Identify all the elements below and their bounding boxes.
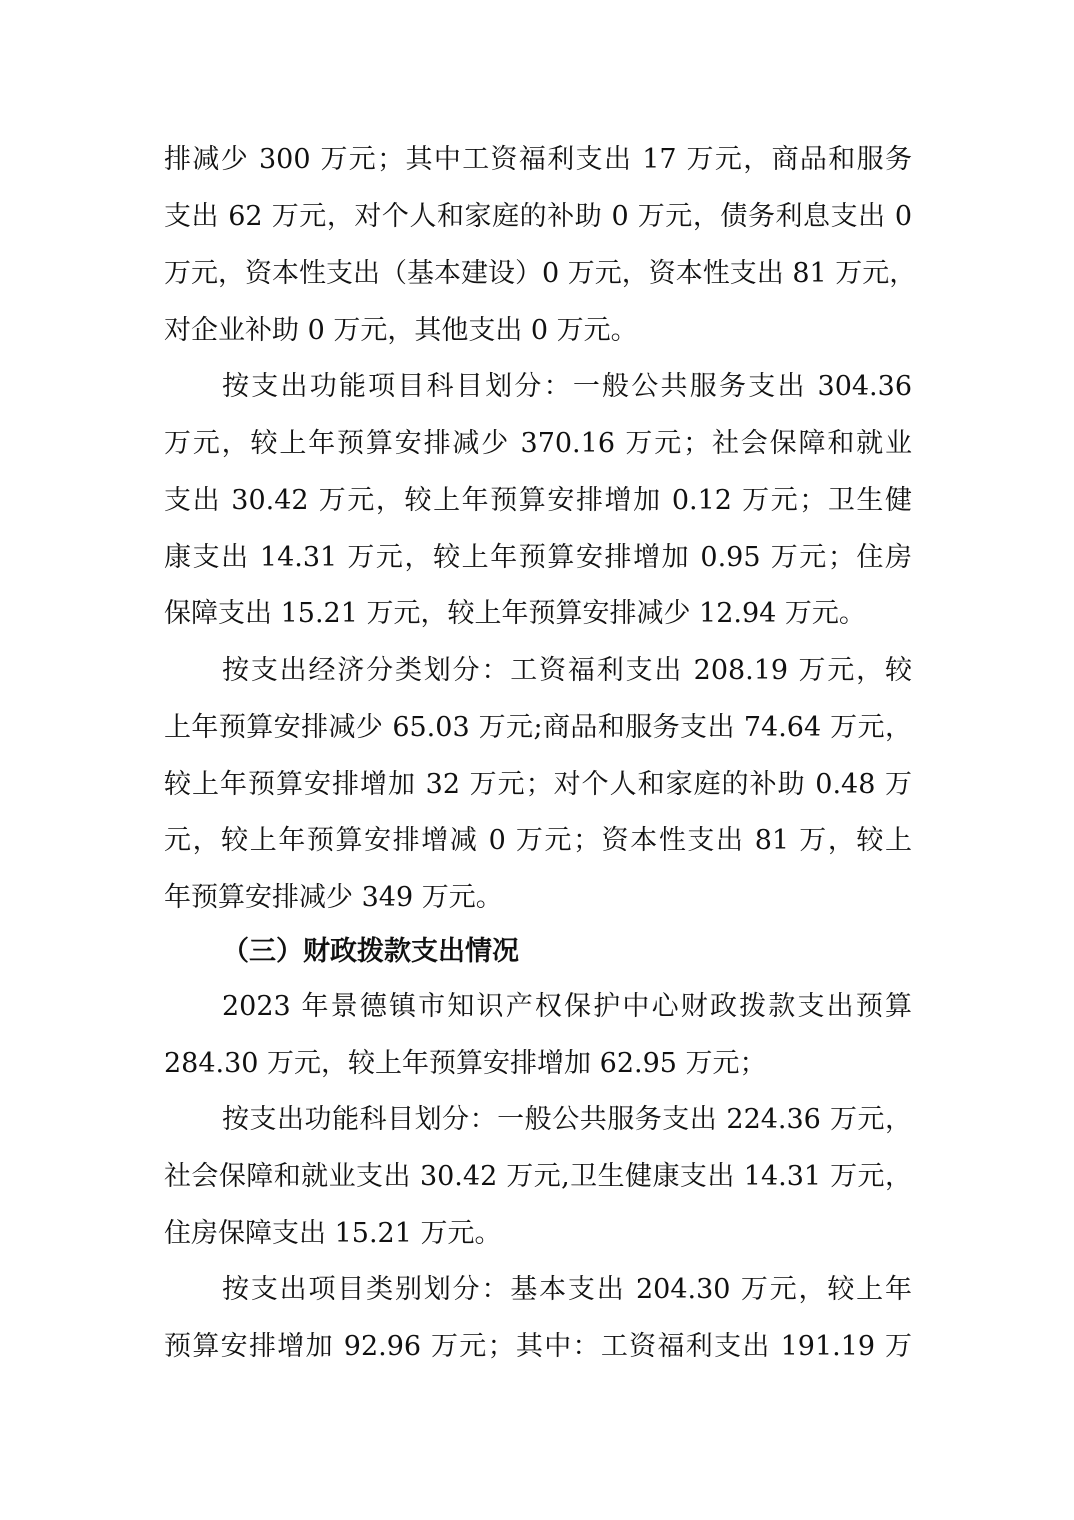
paragraph-line: 万元，较上年预算安排减少 370.16 万元；社会保障和就业 [164, 424, 912, 464]
paragraph-line: 2023 年景德镇市知识产权保护中心财政拨款支出预算 [222, 987, 912, 1027]
paragraph-line: 按支出功能项目科目划分：一般公共服务支出 304.36 [222, 367, 912, 407]
paragraph-line: 较上年预算安排增加 32 万元；对个人和家庭的补助 0.48 万 [164, 765, 912, 805]
paragraph-line: 按支出功能科目划分：一般公共服务支出 224.36 万元， [222, 1100, 912, 1140]
paragraph-line: 支出 30.42 万元，较上年预算安排增加 0.12 万元；卫生健 [164, 481, 912, 521]
paragraph-line: 元，较上年预算安排增减 0 万元；资本性支出 81 万，较上 [164, 821, 912, 861]
paragraph-line: 社会保障和就业支出 30.42 万元,卫生健康支出 14.31 万元， [164, 1157, 912, 1197]
paragraph-line: 排减少 300 万元；其中工资福利支出 17 万元，商品和服务 [164, 140, 912, 180]
paragraph-line: 284.30 万元，较上年预算安排增加 62.95 万元； [164, 1044, 912, 1084]
paragraph-line: 按支出经济分类划分：工资福利支出 208.19 万元，较 [222, 651, 912, 691]
paragraph-line: 支出 62 万元，对个人和家庭的补助 0 万元，债务利息支出 0 [164, 197, 912, 237]
document-page: 排减少 300 万元；其中工资福利支出 17 万元，商品和服务 支出 62 万元… [0, 0, 1074, 1520]
paragraph-line: 按支出项目类别划分：基本支出 204.30 万元，较上年 [222, 1270, 912, 1310]
paragraph-line: 保障支出 15.21 万元，较上年预算安排减少 12.94 万元。 [164, 594, 912, 634]
paragraph-line: 住房保障支出 15.21 万元。 [164, 1214, 912, 1254]
paragraph-line: 预算安排增加 92.96 万元；其中：工资福利支出 191.19 万 [164, 1327, 912, 1367]
paragraph-line: 上年预算安排减少 65.03 万元;商品和服务支出 74.64 万元， [164, 708, 912, 748]
paragraph-line: 康支出 14.31 万元，较上年预算安排增加 0.95 万元；住房 [164, 538, 912, 578]
section-heading: （三）财政拨款支出情况 [222, 932, 622, 972]
paragraph-line: 对企业补助 0 万元，其他支出 0 万元。 [164, 311, 912, 351]
paragraph-line: 万元，资本性支出（基本建设）0 万元，资本性支出 81 万元， [164, 254, 912, 294]
paragraph-line: 年预算安排减少 349 万元。 [164, 878, 912, 918]
